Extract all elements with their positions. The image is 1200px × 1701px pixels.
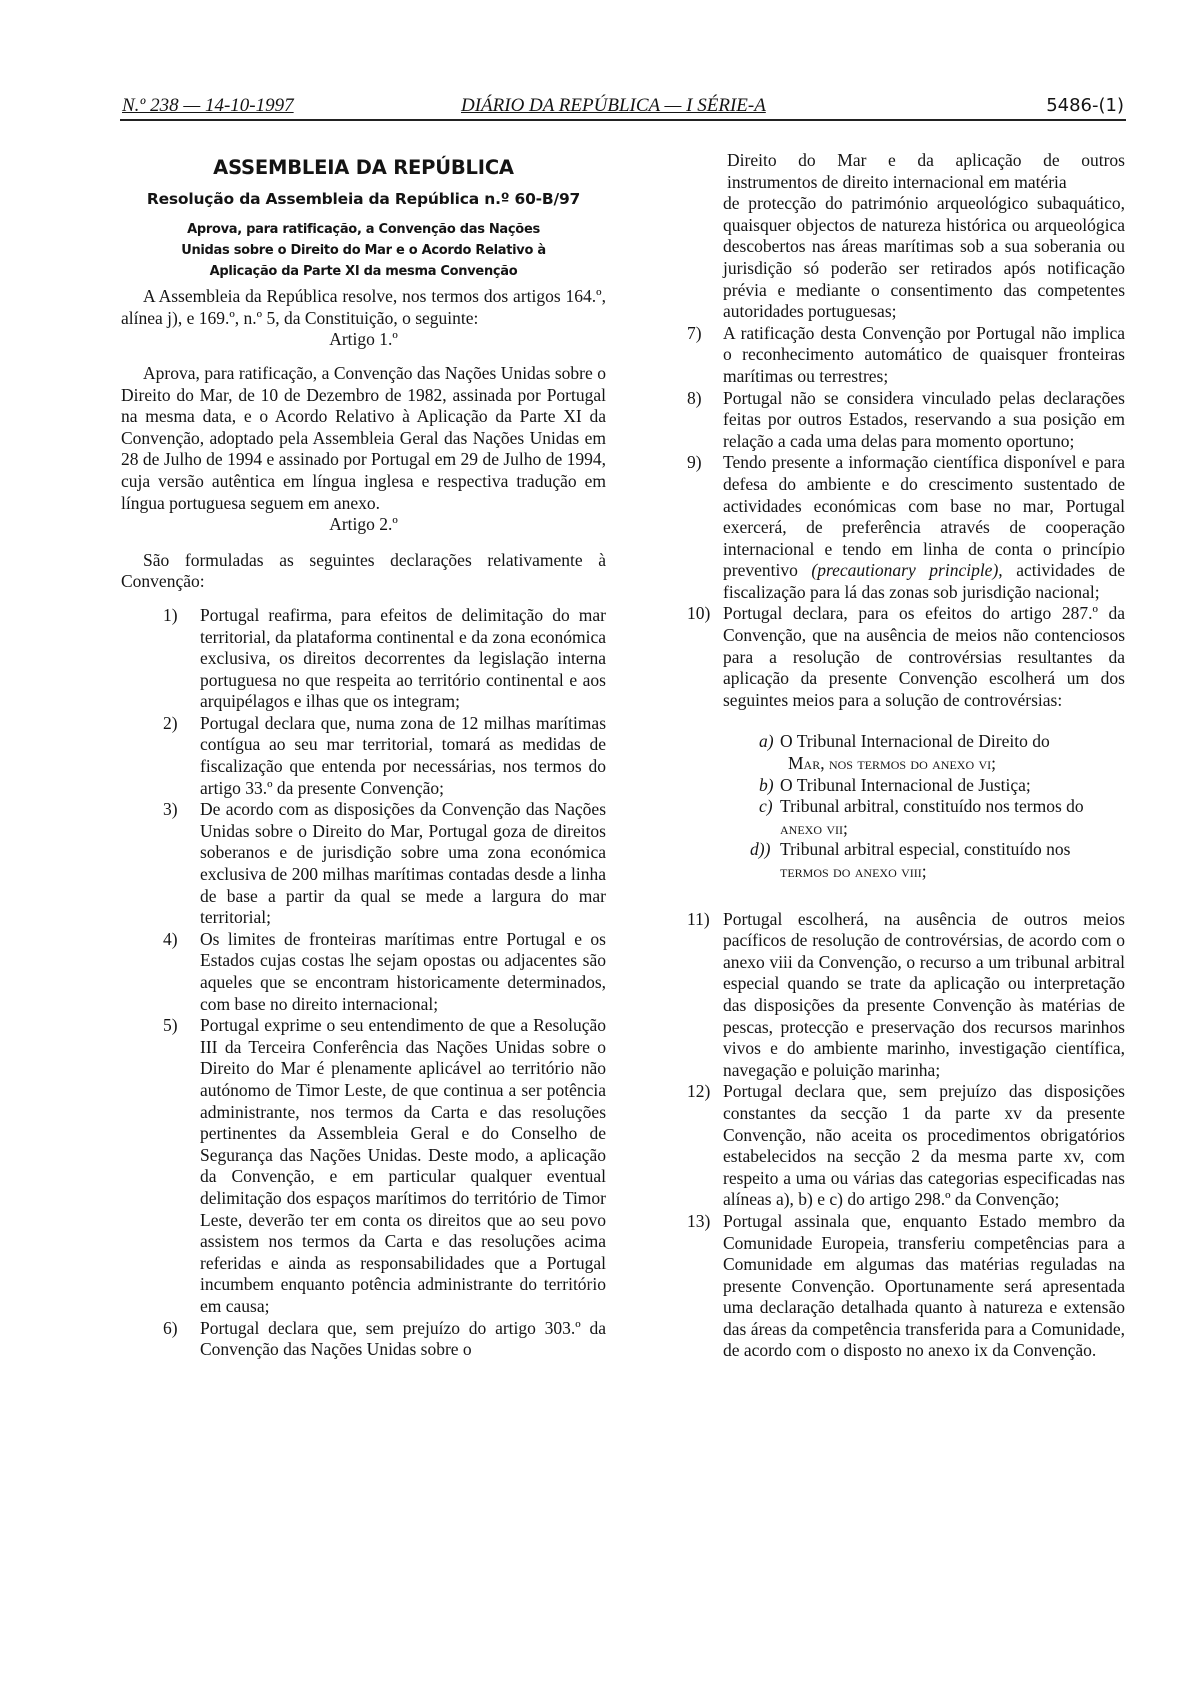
preamble-paragraph: A Assembleia da República resolve, nos t… bbox=[121, 286, 606, 329]
declaration-6-continued-text: de protecção do património arqueológico … bbox=[683, 193, 1125, 323]
declarations-list: 1)Portugal reafirma, para efeitos de del… bbox=[121, 605, 606, 1361]
means-letter: c) bbox=[759, 796, 773, 818]
declaration-item: 13)Portugal assinala que, enquanto Estad… bbox=[683, 1211, 1125, 1362]
declaration-number: 8) bbox=[687, 388, 702, 410]
means-text: Tribunal arbitral, constituído nos termo… bbox=[780, 796, 1084, 816]
summary-line: Unidas sobre o Direito do Mar e o Acordo… bbox=[121, 240, 606, 261]
declaration-number: 2) bbox=[163, 713, 178, 735]
declaration-6-continued-line: instrumentos de direito internacional em… bbox=[683, 172, 1125, 194]
declaration-item: 11)Portugal escolherá, na ausência de ou… bbox=[683, 909, 1125, 1082]
summary-line: Aplicação da Parte XI da mesma Convenção bbox=[121, 261, 606, 282]
declaration-item: 12)Portugal declara que, sem prejuízo da… bbox=[683, 1081, 1125, 1211]
declaration-item: 8)Portugal não se considera vinculado pe… bbox=[683, 388, 1125, 453]
declaration-text: De acordo com as disposições da Convençã… bbox=[200, 799, 606, 927]
article-2-heading: Artigo 2.º bbox=[121, 514, 606, 536]
dispute-means-item: d))Tribunal arbitral especial, constituí… bbox=[683, 839, 1125, 882]
means-text: O Tribunal Internacional de Direito do bbox=[780, 731, 1050, 751]
means-letter: b) bbox=[759, 775, 774, 797]
declaration-text: Portugal declara que, sem prejuízo das d… bbox=[723, 1081, 1125, 1209]
declaration-text: Portugal assinala que, enquanto Estado m… bbox=[723, 1211, 1125, 1361]
dispute-means-item: a)O Tribunal Internacional de Direito do… bbox=[683, 731, 1125, 774]
declaration-italic-term: (precautionary principle), bbox=[811, 560, 1002, 580]
article-1-text: Aprova, para ratificação, a Convenção da… bbox=[121, 363, 606, 514]
means-letter: d)) bbox=[750, 839, 770, 861]
declaration-item: 9)Tendo presente a informação científica… bbox=[683, 452, 1125, 603]
declaration-number: 1) bbox=[163, 605, 178, 627]
left-column: ASSEMBLEIA DA REPÚBLICA Resolução da Ass… bbox=[121, 155, 606, 1361]
dispute-means-item: b)O Tribunal Internacional de Justiça; bbox=[683, 775, 1125, 797]
declaration-item: 6)Portugal declara que, sem prejuízo do … bbox=[121, 1318, 606, 1361]
declaration-number: 4) bbox=[163, 929, 178, 951]
means-text-continued: Mar, nos termos do anexo vi; bbox=[780, 753, 1125, 775]
declaration-text: Portugal declara que, sem prejuízo do ar… bbox=[200, 1318, 606, 1360]
means-text-continued: termos do anexo viii; bbox=[780, 861, 1125, 883]
summary-line: Aprova, para ratificação, a Convenção da… bbox=[121, 219, 606, 240]
declaration-number: 6) bbox=[163, 1318, 178, 1340]
declaration-number: 3) bbox=[163, 799, 178, 821]
declaration-text: Os limites de fronteiras marítimas entre… bbox=[200, 929, 606, 1014]
means-text-continued: anexo vii; bbox=[780, 818, 1125, 840]
dispute-means-list: a)O Tribunal Internacional de Direito do… bbox=[683, 731, 1125, 882]
declaration-number: 5) bbox=[163, 1015, 178, 1037]
article-1-heading: Artigo 1.º bbox=[121, 329, 606, 351]
declaration-text: Portugal escolherá, na ausência de outro… bbox=[723, 909, 1125, 1080]
right-column: Direito do Mar e da aplicação de outros … bbox=[683, 150, 1125, 1362]
document-page: N.º 238 — 14-10-1997 DIÁRIO DA REPÚBLICA… bbox=[0, 0, 1200, 1701]
means-text: O Tribunal Internacional de Justiça; bbox=[780, 775, 1031, 795]
declaration-text: A ratificação desta Convenção por Portug… bbox=[723, 323, 1125, 386]
declarations-list-final: 11)Portugal escolherá, na ausência de ou… bbox=[683, 909, 1125, 1362]
publication-title: DIÁRIO DA REPÚBLICA — I SÉRIE-A bbox=[461, 95, 766, 117]
running-header: N.º 238 — 14-10-1997 DIÁRIO DA REPÚBLICA… bbox=[120, 95, 1126, 121]
institution-heading: ASSEMBLEIA DA REPÚBLICA bbox=[121, 157, 606, 179]
declaration-number: 11) bbox=[687, 909, 710, 931]
declaration-text: Portugal declara, para os efeitos do art… bbox=[723, 603, 1125, 709]
declaration-number: 13) bbox=[687, 1211, 710, 1233]
dispute-means-item: c)Tribunal arbitral, constituído nos ter… bbox=[683, 796, 1125, 839]
means-letter: a) bbox=[759, 731, 774, 753]
declarations-list-right: 7)A ratificação desta Convenção por Port… bbox=[683, 323, 1125, 712]
declaration-item: 10)Portugal declara, para os efeitos do … bbox=[683, 603, 1125, 711]
declaration-number: 9) bbox=[687, 452, 702, 474]
article-2-intro: São formuladas as seguintes declarações … bbox=[121, 550, 606, 593]
declaration-item: 7)A ratificação desta Convenção por Port… bbox=[683, 323, 1125, 388]
resolution-title: Resolução da Assembleia da República n.º… bbox=[121, 189, 606, 211]
declaration-6-continued-line: Direito do Mar e da aplicação de outros bbox=[683, 150, 1125, 172]
declaration-text: Portugal reafirma, para efeitos de delim… bbox=[200, 605, 606, 711]
declaration-text: Portugal não se considera vinculado pela… bbox=[723, 388, 1125, 451]
declaration-item: 1)Portugal reafirma, para efeitos de del… bbox=[121, 605, 606, 713]
declaration-number: 10) bbox=[687, 603, 710, 625]
declaration-item: 3)De acordo com as disposições da Conven… bbox=[121, 799, 606, 929]
declaration-text: Portugal declara que, numa zona de 12 mi… bbox=[200, 713, 606, 798]
declaration-text: Portugal exprime o seu entendimento de q… bbox=[200, 1015, 606, 1316]
declaration-item: 5)Portugal exprime o seu entendimento de… bbox=[121, 1015, 606, 1317]
page-number: 5486-(1) bbox=[1046, 95, 1124, 116]
resolution-summary: Aprova, para ratificação, a Convenção da… bbox=[121, 219, 606, 282]
means-text: Tribunal arbitral especial, constituído … bbox=[780, 839, 1071, 859]
issue-number-date: N.º 238 — 14-10-1997 bbox=[122, 95, 294, 117]
declaration-number: 12) bbox=[687, 1081, 710, 1103]
declaration-item: 4)Os limites de fronteiras marítimas ent… bbox=[121, 929, 606, 1015]
declaration-number: 7) bbox=[687, 323, 702, 345]
declaration-item: 2)Portugal declara que, numa zona de 12 … bbox=[121, 713, 606, 799]
